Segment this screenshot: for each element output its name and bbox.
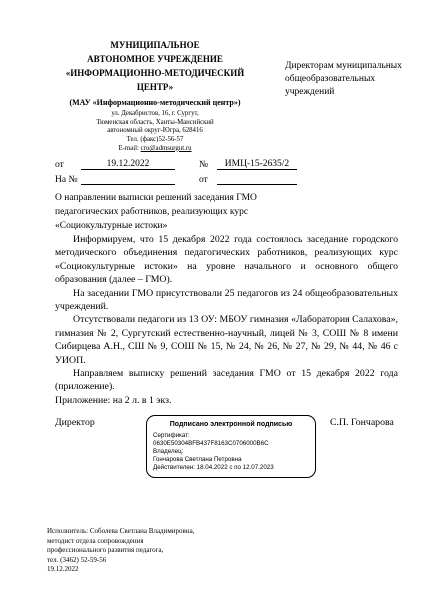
signer-name: С.П. Гончарова [330, 417, 394, 428]
body-paragraph: На заседании ГМО присутствовали 25 педаг… [55, 287, 398, 314]
executor-block: Исполнитель: Соболева Светлана Владимиро… [47, 527, 267, 575]
stamp-title: Подписано электронной подписью [153, 420, 309, 429]
email-line: E-mail: cro@admsurgut.ru [30, 145, 280, 154]
executor-date: 19.12.2022 [47, 565, 267, 575]
letter-page: МУНИЦИПАЛЬНОЕ АВТОНОМНОЕ УЧРЕЖДЕНИЕ «ИНФ… [0, 0, 424, 600]
phone-line: Тел. (факс)52-56-57 [30, 136, 280, 145]
outgoing-from-label: от [55, 160, 81, 170]
stamp-cert-label: Сертификат: [153, 432, 309, 440]
addressee-block: Директорам муниципальных общеобразовател… [285, 60, 403, 99]
address-line: Тюменская область, Ханты-Мансийский [30, 119, 280, 128]
letter-body: Информируем, что 15 декабря 2022 года со… [55, 233, 398, 407]
executor-line: Исполнитель: Соболева Светлана Владимиро… [47, 527, 267, 537]
org-name-line: ЦЕНТР» [30, 80, 280, 94]
org-address: ул. Декабристов, 16, г. Сургут, Тюменска… [30, 110, 280, 154]
letter-subject: О направлении выписки решений заседания … [55, 192, 313, 233]
org-name-line: АВТОНОМНОЕ УЧРЕЖДЕНИЕ [30, 52, 280, 66]
reference-block: от 19.12.2022 № ИМЦ-15-2635/2 На № от [55, 155, 297, 185]
incoming-date-blank [217, 184, 297, 185]
email-label: E-mail: [119, 145, 139, 152]
outgoing-number: ИМЦ-15-2635/2 [217, 159, 297, 170]
attachment-note: Приложение: на 2 л. в 1 экз. [55, 394, 398, 407]
org-letterhead: МУНИЦИПАЛЬНОЕ АВТОНОМНОЕ УЧРЕЖДЕНИЕ «ИНФ… [30, 38, 280, 154]
executor-phone: тел. (3462) 52-59-56 [47, 556, 267, 566]
executor-line: профессионального развития педагога, [47, 546, 267, 556]
outgoing-date: 19.12.2022 [81, 159, 175, 170]
incoming-number-blank [81, 184, 175, 185]
body-paragraph: Направляем выписку решений заседания ГМО… [55, 367, 398, 394]
email-link[interactable]: cro@admsurgut.ru [141, 145, 192, 152]
org-name-line: МУНИЦИПАЛЬНОЕ [30, 38, 280, 52]
outgoing-number-label: № [199, 160, 217, 170]
executor-line: методист отдела сопровождения [47, 537, 267, 547]
electronic-signature-stamp: Подписано электронной подписью Сертифика… [146, 415, 316, 478]
stamp-owner-name: Гончарова Светлана Петровна [153, 456, 309, 464]
reference-row-outgoing: от 19.12.2022 № ИМЦ-15-2635/2 [55, 155, 297, 170]
incoming-number-label: На № [55, 175, 81, 185]
stamp-validity: Действителен: 18.04.2022 с по 12.07.2023 [153, 464, 309, 472]
body-paragraph: Отсутствовали педагоги из 13 ОУ: МБОУ ги… [55, 313, 398, 367]
signer-position: Директор [55, 417, 95, 428]
reference-row-incoming: На № от [55, 170, 297, 185]
stamp-owner-label: Владелец: [153, 448, 309, 456]
address-line: ул. Декабристов, 16, г. Сургут, [30, 110, 280, 119]
org-short-name: (МАУ «Информационно-методический центр») [30, 97, 280, 108]
body-paragraph: Информируем, что 15 декабря 2022 года со… [55, 233, 398, 287]
incoming-date-label: от [199, 175, 217, 185]
stamp-cert-number: 0630E50304BFB437F8163C0706000B6C [153, 440, 309, 448]
org-name-line: «ИНФОРМАЦИОННО-МЕТОДИЧЕСКИЙ [30, 66, 280, 80]
address-line: автономный округ-Югра, 628416 [30, 127, 280, 136]
